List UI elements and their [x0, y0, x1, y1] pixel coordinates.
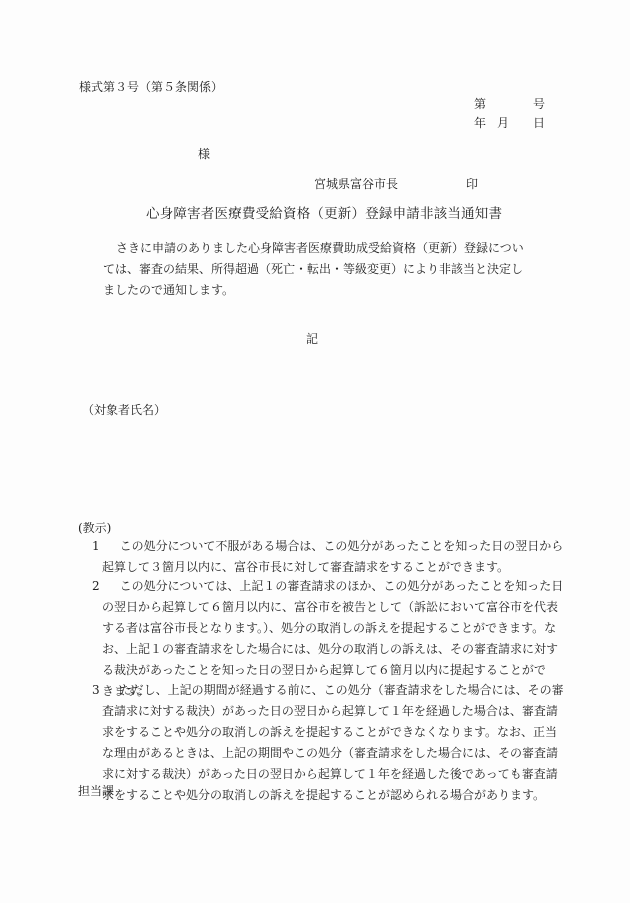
number-prefix: 第 [474, 98, 486, 110]
item-line: 起算して３箇月以内に、富谷市長に対して審査請求をすることができます。 [92, 557, 563, 578]
instruction-item-3: 3ただし、上記の期間が経過する前に、この処分（審査請求をした場合には、その審 査… [92, 680, 564, 806]
item-number: 1 [92, 539, 100, 553]
addressee-honorific: 様 [198, 148, 210, 160]
item-line: ただし、上記の期間が経過する前に、この処分（審査請求をした場合には、その審 [120, 683, 564, 697]
item-line: の翌日から起算して６箇月以内に、富谷市を被告として（訴訟において富谷市を代表 [92, 597, 563, 618]
body-line: ては、審査の結果、所得超過（死亡・転出・等級変更）により非該当と決定し [103, 259, 524, 280]
subject-name-label: （対象者氏名） [82, 404, 166, 416]
body-line: ましたので通知します。 [103, 280, 524, 301]
item-number: 2 [92, 579, 100, 593]
item-line: る裁決があったことを知った日の翌日から起算して６箇月以内に提起することがで [92, 660, 563, 681]
body-paragraph: さきに申請のありました心身障害者医療費助成受給資格（更新）登録につい ては、審査… [103, 238, 524, 301]
date-month: 月 [497, 117, 509, 129]
form-label: 様式第３号（第５条関係） [79, 81, 223, 93]
date-year: 年 [474, 117, 486, 129]
item-line: この処分については、上記１の審査請求のほか、この処分があったことを知った日 [120, 579, 564, 593]
date-day: 日 [533, 117, 545, 129]
item-line: この処分について不服がある場合は、この処分があったことを知った日の翌日から [120, 539, 564, 553]
department-label: 担当課 [78, 785, 114, 797]
item-line: 求に対する裁決）があった日の翌日から起算して１年を経過した後であっても審査請 [92, 764, 564, 785]
ki-mark: 記 [306, 333, 318, 345]
document-title: 心身障害者医療費受給資格（更新）登録申請非該当通知書 [146, 208, 502, 222]
body-line: さきに申請のありました心身障害者医療費助成受給資格（更新）登録につい [103, 238, 524, 259]
instructions-heading: (教示) [78, 522, 111, 534]
number-suffix: 号 [533, 98, 545, 110]
item-number: 3 [92, 683, 100, 697]
item-line: する者は富谷市長となります。）、処分の取消しの訴えを提起することができます。な [92, 618, 563, 639]
instruction-item-1: 1この処分について不服がある場合は、この処分があったことを知った日の翌日から 起… [92, 536, 563, 578]
item-line: 求をすることや処分の取消しの訴えを提起することが認められる場合があります。 [92, 785, 564, 806]
item-line: 求をすることや処分の取消しの訴えを提起することができなくなります。なお、正当 [92, 722, 564, 743]
sender-name: 宮城県富谷市長 [314, 178, 398, 190]
item-line: な理由があるときは、上記の期間やこの処分（審査請求をした場合には、その審査請 [92, 743, 564, 764]
item-line: お、上記１の審査請求をした場合には、処分の取消しの訴えは、その審査請求に対す [92, 639, 563, 660]
seal-mark: 印 [466, 178, 478, 190]
item-line: 査請求に対する裁決）があった日の翌日から起算して１年を経過した場合は、審査請 [92, 701, 564, 722]
